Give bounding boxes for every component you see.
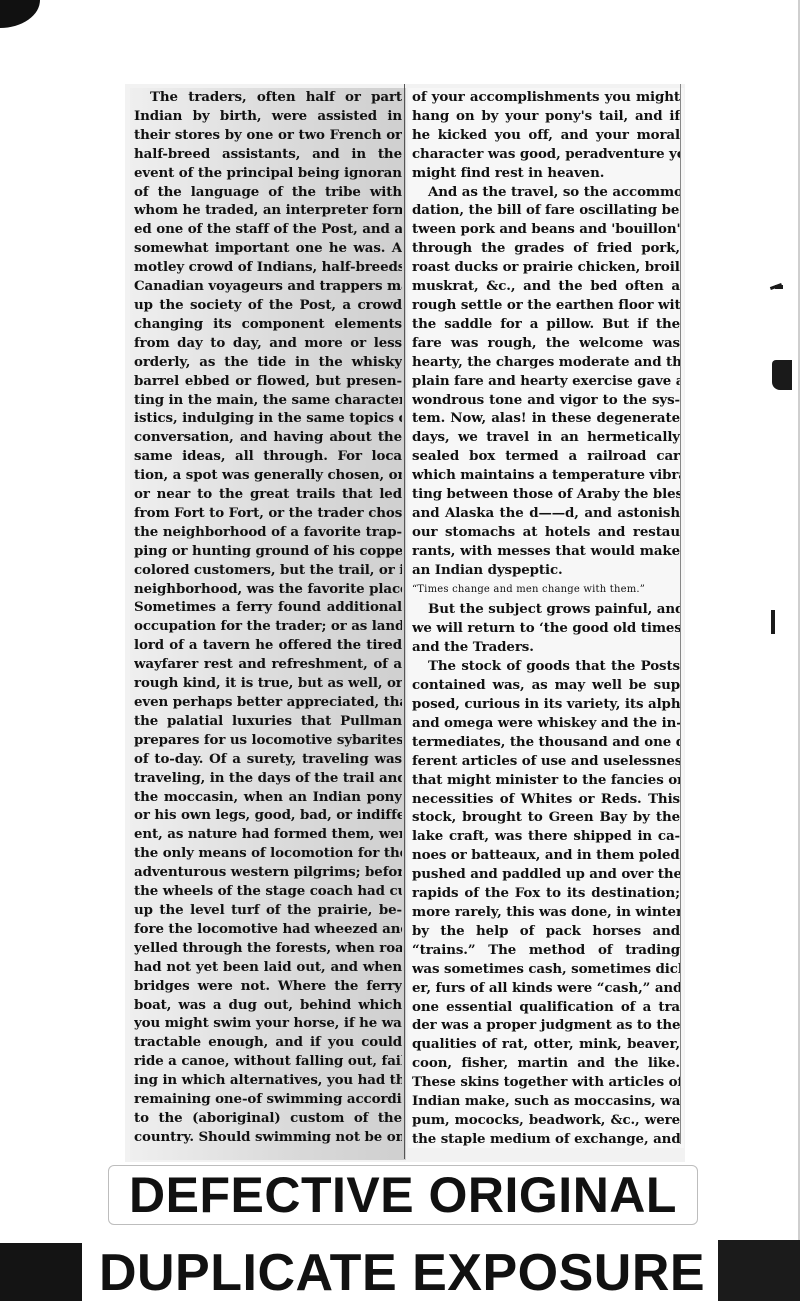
text-line: roast ducks or prairie chicken, broiled — [412, 258, 680, 277]
text-line: fore the locomotive had wheezed and — [134, 920, 402, 939]
text-line: lake craft, was there shipped in ca- — [412, 827, 680, 846]
text-line: er, furs of all kinds were “cash,” and — [412, 979, 680, 998]
text-line: whom he traded, an interpreter form- — [134, 201, 402, 220]
text-line: adventurous western pilgrims; before — [134, 863, 402, 882]
text-line: changing its component elements — [134, 315, 402, 334]
text-line: rough settle or the earthen floor with — [412, 296, 680, 315]
text-line: rapids of the Fox to its destination; — [412, 884, 680, 903]
film-shadow-right — [718, 1240, 800, 1301]
text-line: he kicked you off, and your moral — [412, 126, 680, 145]
film-shadow-left — [0, 1243, 82, 1301]
text-line: bridges were not. Where the ferry — [134, 977, 402, 996]
text-line: hang on by your pony's tail, and if — [412, 107, 680, 126]
text-line: our stomachs at hotels and restau — [412, 523, 680, 542]
text-line: had not yet been laid out, and when — [134, 958, 402, 977]
text-line: “trains.” The method of trading — [412, 941, 680, 960]
text-line: ting between those of Araby the blest — [412, 485, 680, 504]
text-line: motley crowd of Indians, half-breeds, — [134, 258, 402, 277]
text-line: lord of a tavern he offered the tired — [134, 636, 402, 655]
text-line: stock, brought to Green Bay by the — [412, 808, 680, 827]
text-line: conversation, and having about the — [134, 428, 402, 447]
paragraph: of your accomplishments you mighthang on… — [412, 88, 680, 183]
defective-original-stamp: DEFECTIVE ORIGINAL — [108, 1165, 698, 1225]
text-line: “Times change and men change with them.” — [412, 581, 680, 600]
text-line: yelled through the forests, when roads — [134, 939, 402, 958]
text-line: ing in which alternatives, you had the — [134, 1071, 402, 1090]
text-line: one essential qualification of a tra — [412, 998, 680, 1017]
text-line: of the language of the tribe with — [134, 183, 402, 202]
text-line: The traders, often half or part — [134, 88, 402, 107]
text-line: der was a proper judgment as to the — [412, 1016, 680, 1035]
text-line: of to-day. Of a surety, traveling was — [134, 750, 402, 769]
text-line: tractable enough, and if you could — [134, 1033, 402, 1052]
text-line: and omega were whiskey and the in- — [412, 714, 680, 733]
text-line: was sometimes cash, sometimes dick- — [412, 960, 680, 979]
text-line: muskrat, &c., and the bed often a — [412, 277, 680, 296]
text-line: occupation for the trader; or as land- — [134, 617, 402, 636]
text-line: half-breed assistants, and in the — [134, 145, 402, 164]
text-line: traveling, in the days of the trail and — [134, 769, 402, 788]
text-line: we will return to ‘the good old times’ — [412, 619, 680, 638]
text-line: colored customers, but the trail, or its — [134, 561, 402, 580]
text-line: boat, was a dug out, behind which — [134, 996, 402, 1015]
pull-quote: “Times change and men change with them.” — [412, 581, 680, 600]
text-line: contained was, as may well be sup — [412, 676, 680, 695]
text-line: Sometimes a ferry found additional — [134, 598, 402, 617]
text-line: The stock of goods that the Posts — [412, 657, 680, 676]
text-line: of your accomplishments you might — [412, 88, 680, 107]
text-line: orderly, as the tide in the whisky — [134, 353, 402, 372]
text-line: tion, a spot was generally chosen, on — [134, 466, 402, 485]
text-line: rants, with messes that would make — [412, 542, 680, 561]
text-line: ping or hunting ground of his copper — [134, 542, 402, 561]
film-blot — [772, 360, 792, 390]
text-line: the palatial luxuries that Pullman — [134, 712, 402, 731]
text-line: or near to the great trails that led — [134, 485, 402, 504]
text-line: pum, mococks, beadwork, &c., were — [412, 1111, 680, 1130]
column-divider — [404, 84, 405, 1159]
text-line: noes or batteaux, and in them poled, — [412, 846, 680, 865]
text-line: more rarely, this was done, in winter, — [412, 903, 680, 922]
film-speck — [771, 610, 775, 634]
text-line: even perhaps better appreciated, than — [134, 693, 402, 712]
text-line: and Alaska the d——d, and astonish — [412, 504, 680, 523]
paragraph: The stock of goods that the Postscontain… — [412, 657, 680, 1149]
text-line: ed one of the staff of the Post, and a — [134, 220, 402, 239]
text-line: the neighborhood of a favorite trap- — [134, 523, 402, 542]
text-line: Indian make, such as moccasins, wam- — [412, 1092, 680, 1111]
text-line: wayfarer rest and refreshment, of a — [134, 655, 402, 674]
text-line: pushed and paddled up and over the — [412, 865, 680, 884]
text-line: neighborhood, was the favorite place. — [134, 580, 402, 599]
text-line: through the grades of fried pork, — [412, 239, 680, 258]
text-line: their stores by one or two French or — [134, 126, 402, 145]
article-column-right: of your accomplishments you mighthang on… — [408, 88, 684, 1148]
text-line: termediates, the thousand and one dif- — [412, 733, 680, 752]
text-line: character was good, peradventure you — [412, 145, 680, 164]
text-line: plain fare and hearty exercise gave a — [412, 372, 680, 391]
text-line: up the society of the Post, a crowd — [134, 296, 402, 315]
text-line: tem. Now, alas! in these degenerate — [412, 409, 680, 428]
text-line: But the subject grows painful, and — [412, 600, 680, 619]
text-line: and the Traders. — [412, 638, 680, 657]
paper-margin — [0, 1150, 110, 1242]
text-line: wondrous tone and vigor to the sys- — [412, 391, 680, 410]
text-line: rough kind, it is true, but as well, or — [134, 674, 402, 693]
text-line: by the help of pack horses and — [412, 922, 680, 941]
text-line: tween pork and beans and 'bouillon' — [412, 220, 680, 239]
text-line: the saddle for a pillow. But if the — [412, 315, 680, 334]
text-line: which maintains a temperature vibra — [412, 466, 680, 485]
text-line: event of the principal being ignorant — [134, 164, 402, 183]
text-line: from day to day, and more or less — [134, 334, 402, 353]
duplicate-exposure-stamp: DUPLICATE EXPOSURE — [82, 1243, 722, 1301]
text-line: barrel ebbed or flowed, but presen- — [134, 372, 402, 391]
text-line: fare was rough, the welcome was — [412, 334, 680, 353]
text-line: dation, the bill of fare oscillating be- — [412, 201, 680, 220]
text-line: an Indian dyspeptic. — [412, 561, 680, 580]
column-border-right — [680, 84, 681, 1144]
text-line: ferent articles of use and uselessness, — [412, 752, 680, 771]
text-line: up the level turf of the prairie, be- — [134, 901, 402, 920]
text-line: ting in the main, the same character — [134, 391, 402, 410]
text-line: These skins together with articles of — [412, 1073, 680, 1092]
text-line: hearty, the charges moderate and the — [412, 353, 680, 372]
text-line: might find rest in heaven. — [412, 164, 680, 183]
text-line: that might minister to the fancies or — [412, 771, 680, 790]
paragraph: The traders, often half or partIndian by… — [134, 88, 402, 1147]
text-line: istics, indulging in the same topics of — [134, 409, 402, 428]
text-line: qualities of rat, otter, mink, beaver, — [412, 1035, 680, 1054]
text-line: remaining one-of swimming according — [134, 1090, 402, 1109]
text-line: the staple medium of exchange, and — [412, 1130, 680, 1149]
text-line: necessities of Whites or Reds. This — [412, 790, 680, 809]
text-line: days, we travel in an hermetically — [412, 428, 680, 447]
text-line: Indian by birth, were assisted in — [134, 107, 402, 126]
film-corner-shadow — [0, 0, 40, 28]
text-line: Canadian voyageurs and trappers made — [134, 277, 402, 296]
text-line: somewhat important one he was. A — [134, 239, 402, 258]
text-line: to the (aboriginal) custom of the — [134, 1109, 402, 1128]
text-line: same ideas, all through. For loca — [134, 447, 402, 466]
text-line: the only means of locomotion for the — [134, 844, 402, 863]
text-line: the wheels of the stage coach had cut — [134, 882, 402, 901]
text-line: ent, as nature had formed them, were — [134, 825, 402, 844]
article-column-left: The traders, often half or partIndian by… — [130, 88, 406, 1160]
text-line: the moccasin, when an Indian pony — [134, 788, 402, 807]
text-line: And as the travel, so the accommo — [412, 183, 680, 202]
text-line: prepares for us locomotive sybarites — [134, 731, 402, 750]
paragraph: But the subject grows painful, andwe wil… — [412, 600, 680, 657]
text-line: ride a canoe, without falling out, fail- — [134, 1052, 402, 1071]
text-line: sealed box termed a railroad car — [412, 447, 680, 466]
text-line: country. Should swimming not be one — [134, 1128, 402, 1147]
text-line: coon, fisher, martin and the like. — [412, 1054, 680, 1073]
paragraph: And as the travel, so the accommodation,… — [412, 183, 680, 580]
text-line: you might swim your horse, if he was — [134, 1014, 402, 1033]
text-line: from Fort to Fort, or the trader chose — [134, 504, 402, 523]
text-line: posed, curious in its variety, its alpha — [412, 695, 680, 714]
text-line: or his own legs, good, bad, or indiffer- — [134, 806, 402, 825]
